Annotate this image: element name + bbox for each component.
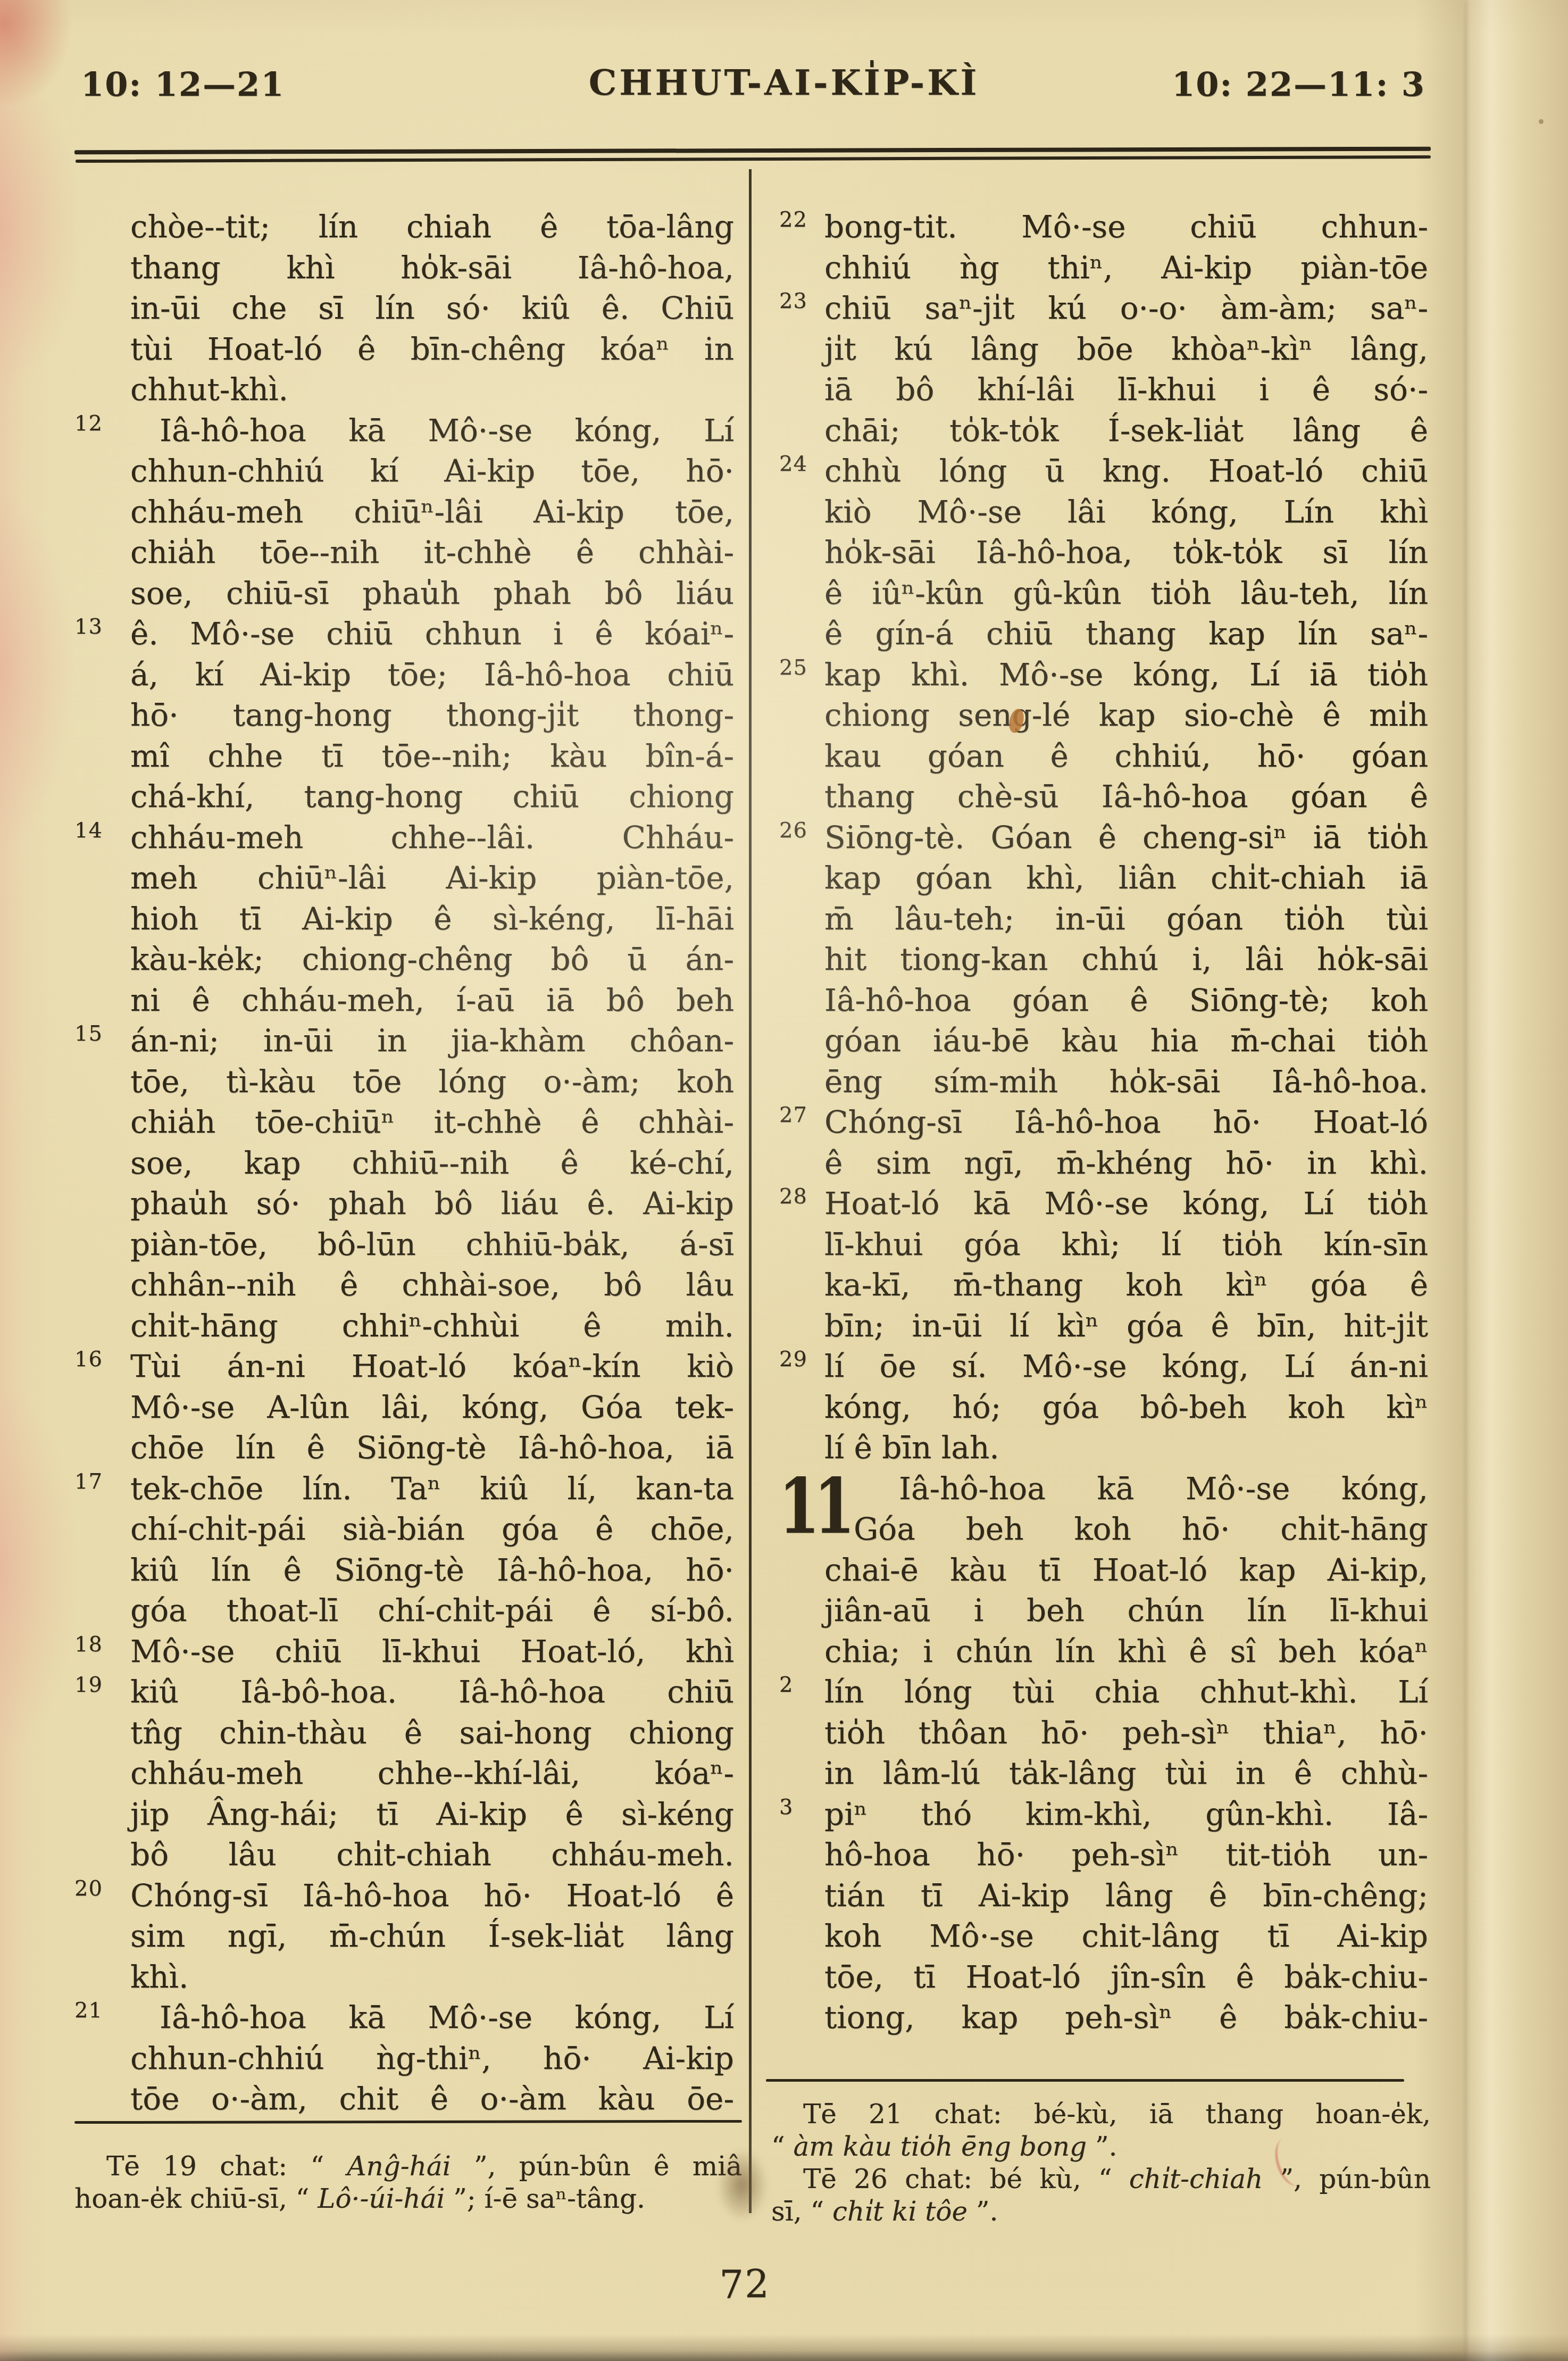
text-line: kap góan khì, liân chi̍t-chiah iā [824, 858, 1428, 899]
text-line: Iâ-hô-hoa góan ê Siōng-tè; koh [824, 980, 1428, 1021]
verse-number: 20 [74, 1878, 103, 1899]
footnote-text: Tē 21 chat: bé-kù, iā thang hoan-e̍k, [803, 2099, 1431, 2130]
verse-text: lí ōe sí. Mô·-se kóng, Lí án-ni [824, 1348, 1428, 1384]
text-line: Góa beh koh hō· chi̍t-hāng [824, 1509, 1428, 1550]
text-line: tián tī Ai-kip lâng ê bīn-chêng; [824, 1875, 1428, 1916]
verse-text: in-ūi che sī lín só· kiû ê. Chiū [130, 290, 734, 326]
footnote-rule-right [766, 2079, 1404, 2082]
verse-text: góa thoat-lī chí-chi̍t-pái ê sí-bô. [130, 1592, 734, 1628]
text-line: 17tek-chōe lín. Taⁿ kiû lí, kan-ta [130, 1468, 734, 1509]
text-line: góa thoat-lī chí-chi̍t-pái ê sí-bô. [130, 1590, 734, 1631]
verse-text: chhù lóng ū kng. Hoat-ló chiū [824, 453, 1428, 489]
verse-text: jiân-aū i beh chún lín lī-khui [824, 1592, 1428, 1628]
text-line: chháu-meh chiūⁿ-lâi Ai-kip tōe, [130, 492, 734, 533]
verse-text: kap khì. Mô·-se kóng, Lí iā tio̍h [824, 656, 1428, 693]
text-line: tio̍h thôan hō· peh-sìⁿ thiaⁿ, hō· [824, 1712, 1428, 1753]
text-column-left: chòe--tit; lín chiah ê tōa-lângthang khì… [130, 206, 734, 2119]
text-line: lī-khui góa khì; lí tio̍h kín-sīn [824, 1224, 1428, 1265]
verse-text: chai-ē kàu tī Hoat-ló kap Ai-kip, [824, 1552, 1428, 1588]
verse-text: chiong seng-lé kap sio-chè ê mi̍h [824, 697, 1428, 733]
verse-text: hô-hoa hō· peh-sìⁿ tit-tio̍h un- [824, 1836, 1428, 1873]
verse-text: in lâm-lú ta̍k-lâng tùi in ê chhù- [824, 1755, 1428, 1791]
verse-text: ê. Mô·-se chiū chhun i ê kóaiⁿ- [130, 616, 734, 652]
text-line: phau̍h só· phah bô liáu ê. Ai-kip [130, 1183, 734, 1224]
verse-number: 14 [74, 820, 103, 841]
text-line: chia̍h tōe--nih it-chhè ê chhài- [130, 532, 734, 573]
text-line: tùi Hoat-ló ê bīn-chêng kóaⁿ in [130, 329, 734, 370]
text-line: 28Hoat-ló kā Mô·-se kóng, Lí tio̍h [824, 1183, 1428, 1224]
footnote-line: Tē 21 chat: bé-kù, iā thang hoan-e̍k, [771, 2098, 1431, 2131]
verse-text: chia; i chún lín khì ê sî beh kóaⁿ [824, 1633, 1428, 1669]
text-column-right: 22bong-tit. Mô·-se chiū chhun-chhiú ǹg t… [824, 206, 1428, 2038]
verse-text: Chóng-sī Iâ-hô-hoa hō· Hoat-ló ê [130, 1877, 734, 1914]
verse-number: 19 [74, 1674, 103, 1695]
verse-number: 2 [779, 1674, 793, 1695]
verse-text: kiû Iâ-bô-hoa. Iâ-hô-hoa chiū [130, 1674, 734, 1710]
verse-text: chòe--tit; lín chiah ê tōa-lâng [130, 209, 734, 245]
text-line: in-ūi che sī lín só· kiû ê. Chiū [130, 288, 734, 329]
text-line: 22bong-tit. Mô·-se chiū chhun- [824, 206, 1428, 247]
verse-text: Iâ-hô-hoa kā Mô·-se kóng, [899, 1470, 1428, 1507]
verse-text: tio̍h thôan hō· peh-sìⁿ thiaⁿ, hō· [824, 1715, 1428, 1751]
text-line: Mô·-se A-lûn lâi, kóng, Góa tek- [130, 1387, 734, 1428]
footnote-text: ”; í-ē saⁿ-tâng. [445, 2183, 645, 2214]
verse-text: ê gín-á chiū thang kap lín saⁿ- [824, 616, 1428, 652]
text-line: góan iáu-bē kàu hia m̄-chai tio̍h [824, 1020, 1428, 1061]
text-line: 2lín lóng tùi chia chhut-khì. Lí [824, 1672, 1428, 1712]
text-line: hit tiong-kan chhú i, lâi ho̍k-sāi [824, 939, 1428, 980]
verse-text: hō· tang-hong thong-ji̍t thong- [130, 697, 734, 733]
text-line: kiû lín ê Siōng-tè Iâ-hô-hoa, hō· [130, 1550, 734, 1591]
verse-number: 28 [779, 1186, 807, 1207]
footnote-block-left: Tē 19 chat: “ Anĝ-hái ”, pún-bûn ê miâho… [74, 2150, 742, 2215]
text-line: 23chiū saⁿ-ji̍t kú o·-o· àm-àm; saⁿ- [824, 288, 1428, 329]
verse-text: kóng, hó; góa bô-beh koh kìⁿ [824, 1389, 1428, 1425]
verse-text: tn̂g chin-thàu ê sai-hong chiong [130, 1715, 734, 1751]
header-verse-range-right: 10: 22—11: 3 [1172, 65, 1425, 104]
footnote-text: Tē 19 chat: “ [106, 2151, 347, 2182]
double-rule-top [74, 147, 1431, 155]
verse-text: lín lóng tùi chia chhut-khì. Lí [824, 1674, 1428, 1710]
text-line: iā bô khí-lâi lī-khui i ê só·- [824, 369, 1428, 410]
verse-text: chiū saⁿ-ji̍t kú o·-o· àm-àm; saⁿ- [824, 290, 1428, 326]
verse-number: 24 [779, 453, 807, 475]
scanned-bible-page: 10: 12—21 CHHUT-AI-KI̍P-KÌ 10: 22—11: 3 … [0, 0, 1568, 2361]
verse-text: chí-chi̍t-pái sià-bián góa ê chōe, [130, 1511, 734, 1547]
text-line: ji̍t kú lâng bōe khòaⁿ-kìⁿ lâng, [824, 329, 1428, 370]
verse-text: chá-khí, tang-hong chiū chiong [130, 778, 734, 814]
footnote-line: “ àm kàu tio̍h ēng bong ”. [771, 2131, 1431, 2163]
verse-text: Mô·-se A-lûn lâi, kóng, Góa tek- [130, 1389, 734, 1425]
text-line: lí ê bīn lah. [824, 1427, 1428, 1468]
text-line: 29lí ōe sí. Mô·-se kóng, Lí án-ni [824, 1346, 1428, 1387]
verse-text: thang chè-sū Iâ-hô-hoa góan ê [824, 778, 1428, 814]
verse-text: kiû lín ê Siōng-tè Iâ-hô-hoa, hō· [130, 1552, 734, 1588]
text-line: chi̍t-hāng chhiⁿ-chhùi ê mi̍h. [130, 1306, 734, 1346]
paper-speck [1539, 119, 1544, 124]
verse-text: koh Mô·-se chit-lâng tī Ai-kip [824, 1918, 1428, 1954]
verse-text: Iâ-hô-hoa kā Mô·-se kóng, Lí [160, 412, 734, 448]
text-line: chiong seng-lé kap sio-chè ê mi̍h [824, 695, 1428, 736]
text-line: chāi; to̍k-to̍k Í-sek-lia̍t lâng ê [824, 410, 1428, 451]
text-line: mî chhe tī tōe--nih; kàu bîn-á- [130, 736, 734, 777]
text-line: hô-hoa hō· peh-sìⁿ tit-tio̍h un- [824, 1834, 1428, 1875]
text-line: jiân-aū i beh chún lín lī-khui [824, 1590, 1428, 1631]
footnote-text: hoan-e̍k chiū-sī, “ [74, 2183, 318, 2214]
text-line: 24chhù lóng ū kng. Hoat-ló chiū [824, 451, 1428, 492]
verse-text: Tùi án-ni Hoat-ló kóaⁿ-kín kiò [130, 1348, 734, 1384]
footnote-line: hoan-e̍k chiū-sī, “ Lô·-úi-hái ”; í-ē sa… [74, 2183, 742, 2215]
text-line: kàu-ke̍k; chiong-chêng bô ū án- [130, 939, 734, 980]
verse-text: chia̍h tōe--nih it-chhè ê chhài- [130, 534, 734, 570]
verse-text: chháu-meh chiūⁿ-lâi Ai-kip tōe, [130, 494, 734, 530]
verse-text: sim ngī, m̄-chún Í-sek-lia̍t lâng [130, 1918, 734, 1954]
footnote-text: Lô·-úi-hái [318, 2183, 445, 2214]
text-line: ê sim ngī, m̄-khéng hō· in khì. [824, 1143, 1428, 1184]
verse-text: bô lâu chi̍t-chiah chháu-meh. [130, 1836, 734, 1873]
text-line: 11Iâ-hô-hoa kā Mô·-se kóng, [824, 1468, 1428, 1509]
text-line: chai-ē kàu tī Hoat-ló kap Ai-kip, [824, 1550, 1428, 1591]
verse-text: tián tī Ai-kip lâng ê bīn-chêng; [824, 1877, 1428, 1914]
footnote-text: chi̍t-chiah [1129, 2164, 1263, 2194]
verse-text: hit tiong-kan chhú i, lâi ho̍k-sāi [824, 941, 1428, 977]
verse-text: án-ni; in-ūi in jia-khàm chôan- [130, 1022, 734, 1059]
verse-number: 3 [779, 1797, 793, 1818]
verse-text: tōe, tī Hoat-ló jîn-sîn ê ba̍k-chiu- [824, 1959, 1428, 1995]
text-line: chí-chi̍t-pái sià-bián góa ê chōe, [130, 1509, 734, 1550]
text-line: 15án-ni; in-ūi in jia-khàm chôan- [130, 1020, 734, 1061]
text-line: chhân--nih ê chhài-soe, bô lâu [130, 1265, 734, 1306]
verse-number: 29 [779, 1349, 807, 1370]
text-line: thang chè-sū Iâ-hô-hoa góan ê [824, 776, 1428, 817]
verse-text: hioh tī Ai-kip ê sì-kéng, lī-hāi [130, 901, 734, 937]
verse-text: tōe, tì-kàu tōe lóng o·-àm; koh [130, 1063, 734, 1100]
verse-number: 13 [74, 616, 103, 637]
footnote-text: ”. [968, 2196, 998, 2227]
verse-number: 17 [74, 1471, 103, 1492]
verse-number: 23 [779, 290, 807, 312]
verse-text: meh chiūⁿ-lâi Ai-kip piàn-tōe, [130, 860, 734, 896]
verse-text: piàn-tōe, bô-lūn chhiū-ba̍k, á-sī [130, 1226, 734, 1262]
verse-text: thang khì ho̍k-sāi Iâ-hô-hoa, [130, 250, 734, 286]
verse-text: Chóng-sī Iâ-hô-hoa hō· Hoat-ló [824, 1104, 1428, 1140]
verse-number: 25 [779, 657, 807, 678]
text-line: chhiú ǹg thiⁿ, Ai-kip piàn-tōe [824, 247, 1428, 288]
verse-text: chhut-khì. [130, 371, 288, 408]
verse-text: chia̍h tōe-chiūⁿ it-chhè ê chhài- [130, 1104, 734, 1140]
verse-text: ka-kī, m̄-thang koh kìⁿ góa ê [824, 1267, 1428, 1303]
text-line: chháu-meh chhe--khí-lâi, kóaⁿ- [130, 1753, 734, 1794]
verse-text: tek-chōe lín. Taⁿ kiû lí, kan-ta [130, 1470, 734, 1507]
text-line: 18Mô·-se chiū lī-khui Hoat-ló, khì [130, 1631, 734, 1672]
verse-text: chháu-meh chhe--lâi. Chháu- [130, 819, 734, 855]
verse-text: ēng sím-mi̍h ho̍k-sāi Iâ-hô-hoa. [824, 1063, 1428, 1100]
verse-text: kiò Mô·-se lâi kóng, Lín khì [824, 494, 1428, 530]
verse-text: Iâ-hô-hoa góan ê Siōng-tè; koh [824, 982, 1428, 1018]
verse-number: 21 [74, 2000, 103, 2021]
text-line: khì. [130, 1957, 734, 1998]
text-line: ji̍p Âng-hái; tī Ai-kip ê sì-kéng [130, 1794, 734, 1835]
footnote-text: Anĝ-hái [347, 2151, 451, 2182]
verse-text: chháu-meh chhe--khí-lâi, kóaⁿ- [130, 1755, 734, 1791]
text-line: koh Mô·-se chit-lâng tī Ai-kip [824, 1916, 1428, 1957]
text-line: ê iûⁿ-kûn gû-kûn tio̍h lâu-teh, lín [824, 573, 1428, 614]
text-line: ēng sím-mi̍h ho̍k-sāi Iâ-hô-hoa. [824, 1061, 1428, 1102]
verse-text: bong-tit. Mô·-se chiū chhun- [824, 209, 1428, 245]
text-line: piàn-tōe, bô-lūn chhiū-ba̍k, á-sī [130, 1224, 734, 1265]
page-number: 72 [0, 2262, 1489, 2307]
verse-number: 22 [779, 209, 807, 230]
verse-number: 26 [779, 820, 807, 841]
text-line: chia̍h tōe-chiūⁿ it-chhè ê chhài- [130, 1102, 734, 1143]
text-line: 25kap khì. Mô·-se kóng, Lí iā tio̍h [824, 654, 1428, 695]
verse-text: tōe o·-àm, chit ê o·-àm kàu ōe- [130, 2081, 734, 2117]
text-line: meh chiūⁿ-lâi Ai-kip piàn-tōe, [130, 858, 734, 899]
verse-text: Iâ-hô-hoa kā Mô·-se kóng, Lí [160, 1999, 734, 2035]
verse-text: kàu-ke̍k; chiong-chêng bô ū án- [130, 941, 734, 977]
text-line: chia; i chún lín khì ê sî beh kóaⁿ [824, 1631, 1428, 1672]
verse-text: ji̍p Âng-hái; tī Ai-kip ê sì-kéng [130, 1796, 734, 1832]
verse-text: kau góan ê chhiú, hō· góan [824, 738, 1428, 774]
text-line: tōe o·-àm, chit ê o·-àm kàu ōe- [130, 2079, 734, 2119]
verse-text: Góa beh koh hō· chi̍t-hāng [854, 1511, 1428, 1547]
page-fold-crease [1464, 0, 1467, 2361]
footnote-text: ”. [1087, 2131, 1117, 2162]
footnote-text: “ [771, 2131, 793, 2162]
text-line: kau góan ê chhiú, hō· góan [824, 736, 1428, 777]
text-line: ê gín-á chiū thang kap lín saⁿ- [824, 613, 1428, 654]
text-line: bīn; in-ūi lí kìⁿ góa ê bīn, hit-ji̍t [824, 1306, 1428, 1346]
text-line: 14chháu-meh chhe--lâi. Chháu- [130, 817, 734, 858]
verse-text: Mô·-se chiū lī-khui Hoat-ló, khì [130, 1633, 734, 1669]
text-line: ni ê chháu-meh, í-aū iā bô beh [130, 980, 734, 1021]
footnote-text: ”, pún-bûn ê miâ [451, 2151, 742, 2182]
verse-text: piⁿ thó kim-khì, gûn-khì. Iâ- [824, 1796, 1428, 1832]
verse-text: soe, chiū-sī phau̍h phah bô liáu [130, 575, 734, 611]
verse-text: tiong, kap peh-sìⁿ ê ba̍k-chiu- [824, 1999, 1428, 2035]
verse-text: mî chhe tī tōe--nih; kàu bîn-á- [130, 738, 734, 774]
verse-text: bīn; in-ūi lí kìⁿ góa ê bīn, hit-ji̍t [824, 1308, 1428, 1344]
text-line: chá-khí, tang-hong chiū chiong [130, 776, 734, 817]
text-line: thang khì ho̍k-sāi Iâ-hô-hoa, [130, 247, 734, 288]
verse-text: lí ê bīn lah. [824, 1429, 999, 1466]
verse-text: chi̍t-hāng chhiⁿ-chhùi ê mi̍h. [130, 1308, 734, 1344]
text-line: ka-kī, m̄-thang koh kìⁿ góa ê [824, 1265, 1428, 1306]
text-line: 12Iâ-hô-hoa kā Mô·-se kóng, Lí [130, 410, 734, 451]
text-line: soe, kap chhiū--nih ê ké-chí, [130, 1143, 734, 1184]
text-line: m̄ lâu-teh; in-ūi góan tio̍h tùi [824, 899, 1428, 940]
text-line: tōe, tì-kàu tōe lóng o·-àm; koh [130, 1061, 734, 1102]
verse-text: góan iáu-bē kàu hia m̄-chai tio̍h [824, 1022, 1428, 1059]
footnote-text: Tē 26 chat: bé kù, “ [803, 2164, 1129, 2194]
text-line: 3piⁿ thó kim-khì, gûn-khì. Iâ- [824, 1794, 1428, 1835]
footnote-line: Tē 26 chat: bé kù, “ chi̍t-chiah ”, pún-… [771, 2163, 1431, 2196]
verse-text: ni ê chháu-meh, í-aū iā bô beh [130, 982, 734, 1018]
verse-text: Hoat-ló kā Mô·-se kóng, Lí tio̍h [824, 1185, 1428, 1221]
verse-text: chāi; to̍k-to̍k Í-sek-lia̍t lâng ê [824, 412, 1428, 448]
text-line: soe, chiū-sī phau̍h phah bô liáu [130, 573, 734, 614]
text-line: 16Tùi án-ni Hoat-ló kóaⁿ-kín kiò [130, 1346, 734, 1387]
footnote-text: chi̍t ki tôe [832, 2196, 968, 2227]
verse-text: ji̍t kú lâng bōe khòaⁿ-kìⁿ lâng, [824, 331, 1428, 367]
text-line: 13ê. Mô·-se chiū chhun i ê kóaiⁿ- [130, 613, 734, 654]
text-line: sim ngī, m̄-chún Í-sek-lia̍t lâng [130, 1916, 734, 1957]
verse-text: chōe lín ê Siōng-tè Iâ-hô-hoa, iā [130, 1429, 734, 1466]
verse-text: kap góan khì, liân chi̍t-chiah iā [824, 860, 1428, 896]
text-line: ho̍k-sāi Iâ-hô-hoa, to̍k-to̍k sī lín [824, 532, 1428, 573]
verse-number: 16 [74, 1349, 103, 1370]
text-line: chhun-chhiú ǹg-thiⁿ, hō· Ai-kip [130, 2038, 734, 2079]
footnote-block-right: Tē 21 chat: bé-kù, iā thang hoan-e̍k,“ à… [771, 2098, 1431, 2228]
column-divider-rule [749, 169, 752, 2213]
footnote-text: ”, pún-bûn [1263, 2164, 1431, 2194]
footnote-text: sī, “ [771, 2196, 832, 2227]
text-line: tn̂g chin-thàu ê sai-hong chiong [130, 1712, 734, 1753]
text-line: hioh tī Ai-kip ê sì-kéng, lī-hāi [130, 899, 734, 940]
double-rule-bottom [76, 155, 1431, 163]
text-line: 27Chóng-sī Iâ-hô-hoa hō· Hoat-ló [824, 1102, 1428, 1143]
text-line: chòe--tit; lín chiah ê tōa-lâng [130, 206, 734, 247]
verse-text: chhun-chhiú kí Ai-kip tōe, hō· [130, 453, 734, 489]
verse-text: chhiú ǹg thiⁿ, Ai-kip piàn-tōe [824, 250, 1428, 286]
footnote-rule-left [74, 2120, 742, 2124]
text-line: 19kiû Iâ-bô-hoa. Iâ-hô-hoa chiū [130, 1672, 734, 1712]
verse-text: iā bô khí-lâi lī-khui i ê só·- [824, 371, 1428, 408]
footnote-line: Tē 19 chat: “ Anĝ-hái ”, pún-bûn ê miâ [74, 2150, 742, 2183]
text-line: tōe, tī Hoat-ló jîn-sîn ê ba̍k-chiu- [824, 1957, 1428, 1998]
verse-text: phau̍h só· phah bô liáu ê. Ai-kip [130, 1185, 734, 1221]
verse-text: á, kí Ai-kip tōe; Iâ-hô-hoa chiū [130, 656, 734, 693]
verse-text: khì. [130, 1959, 189, 1995]
text-line: hō· tang-hong thong-ji̍t thong- [130, 695, 734, 736]
verse-text: soe, kap chhiū--nih ê ké-chí, [130, 1145, 734, 1181]
verse-number: 12 [74, 413, 103, 434]
verse-text: lī-khui góa khì; lí tio̍h kín-sīn [824, 1226, 1428, 1262]
text-line: chhun-chhiú kí Ai-kip tōe, hō· [130, 451, 734, 492]
verse-text: chhun-chhiú ǹg-thiⁿ, hō· Ai-kip [130, 2040, 734, 2076]
text-line: bô lâu chi̍t-chiah chháu-meh. [130, 1834, 734, 1875]
text-line: chhut-khì. [130, 369, 734, 410]
verse-text: m̄ lâu-teh; in-ūi góan tio̍h tùi [824, 901, 1428, 937]
text-line: chōe lín ê Siōng-tè Iâ-hô-hoa, iā [130, 1427, 734, 1468]
verse-number: 15 [74, 1023, 103, 1044]
verse-text: ho̍k-sāi Iâ-hô-hoa, to̍k-to̍k sī lín [824, 534, 1428, 570]
text-line: 26Siōng-tè. Góan ê cheng-siⁿ iā tio̍h [824, 817, 1428, 858]
text-line: kóng, hó; góa bô-beh koh kìⁿ [824, 1387, 1428, 1428]
footnote-line: sī, “ chi̍t ki tôe ”. [771, 2196, 1431, 2228]
footnote-text: àm kàu tio̍h ēng bong [793, 2131, 1087, 2162]
text-line: 21Iâ-hô-hoa kā Mô·-se kóng, Lí [130, 1997, 734, 2038]
text-line: in lâm-lú ta̍k-lâng tùi in ê chhù- [824, 1753, 1428, 1794]
text-line: tiong, kap peh-sìⁿ ê ba̍k-chiu- [824, 1997, 1428, 2038]
verse-text: ê iûⁿ-kûn gû-kûn tio̍h lâu-teh, lín [824, 575, 1428, 611]
text-line: 20Chóng-sī Iâ-hô-hoa hō· Hoat-ló ê [130, 1875, 734, 1916]
verse-text: Siōng-tè. Góan ê cheng-siⁿ iā tio̍h [824, 819, 1428, 855]
text-line: á, kí Ai-kip tōe; Iâ-hô-hoa chiū [130, 654, 734, 695]
verse-number: 18 [74, 1634, 103, 1655]
verse-number: 27 [779, 1104, 807, 1126]
verse-text: chhân--nih ê chhài-soe, bô lâu [130, 1267, 734, 1303]
verse-text: tùi Hoat-ló ê bīn-chêng kóaⁿ in [130, 331, 734, 367]
verse-text: ê sim ngī, m̄-khéng hō· in khì. [824, 1145, 1428, 1181]
text-line: kiò Mô·-se lâi kóng, Lín khì [824, 492, 1428, 533]
